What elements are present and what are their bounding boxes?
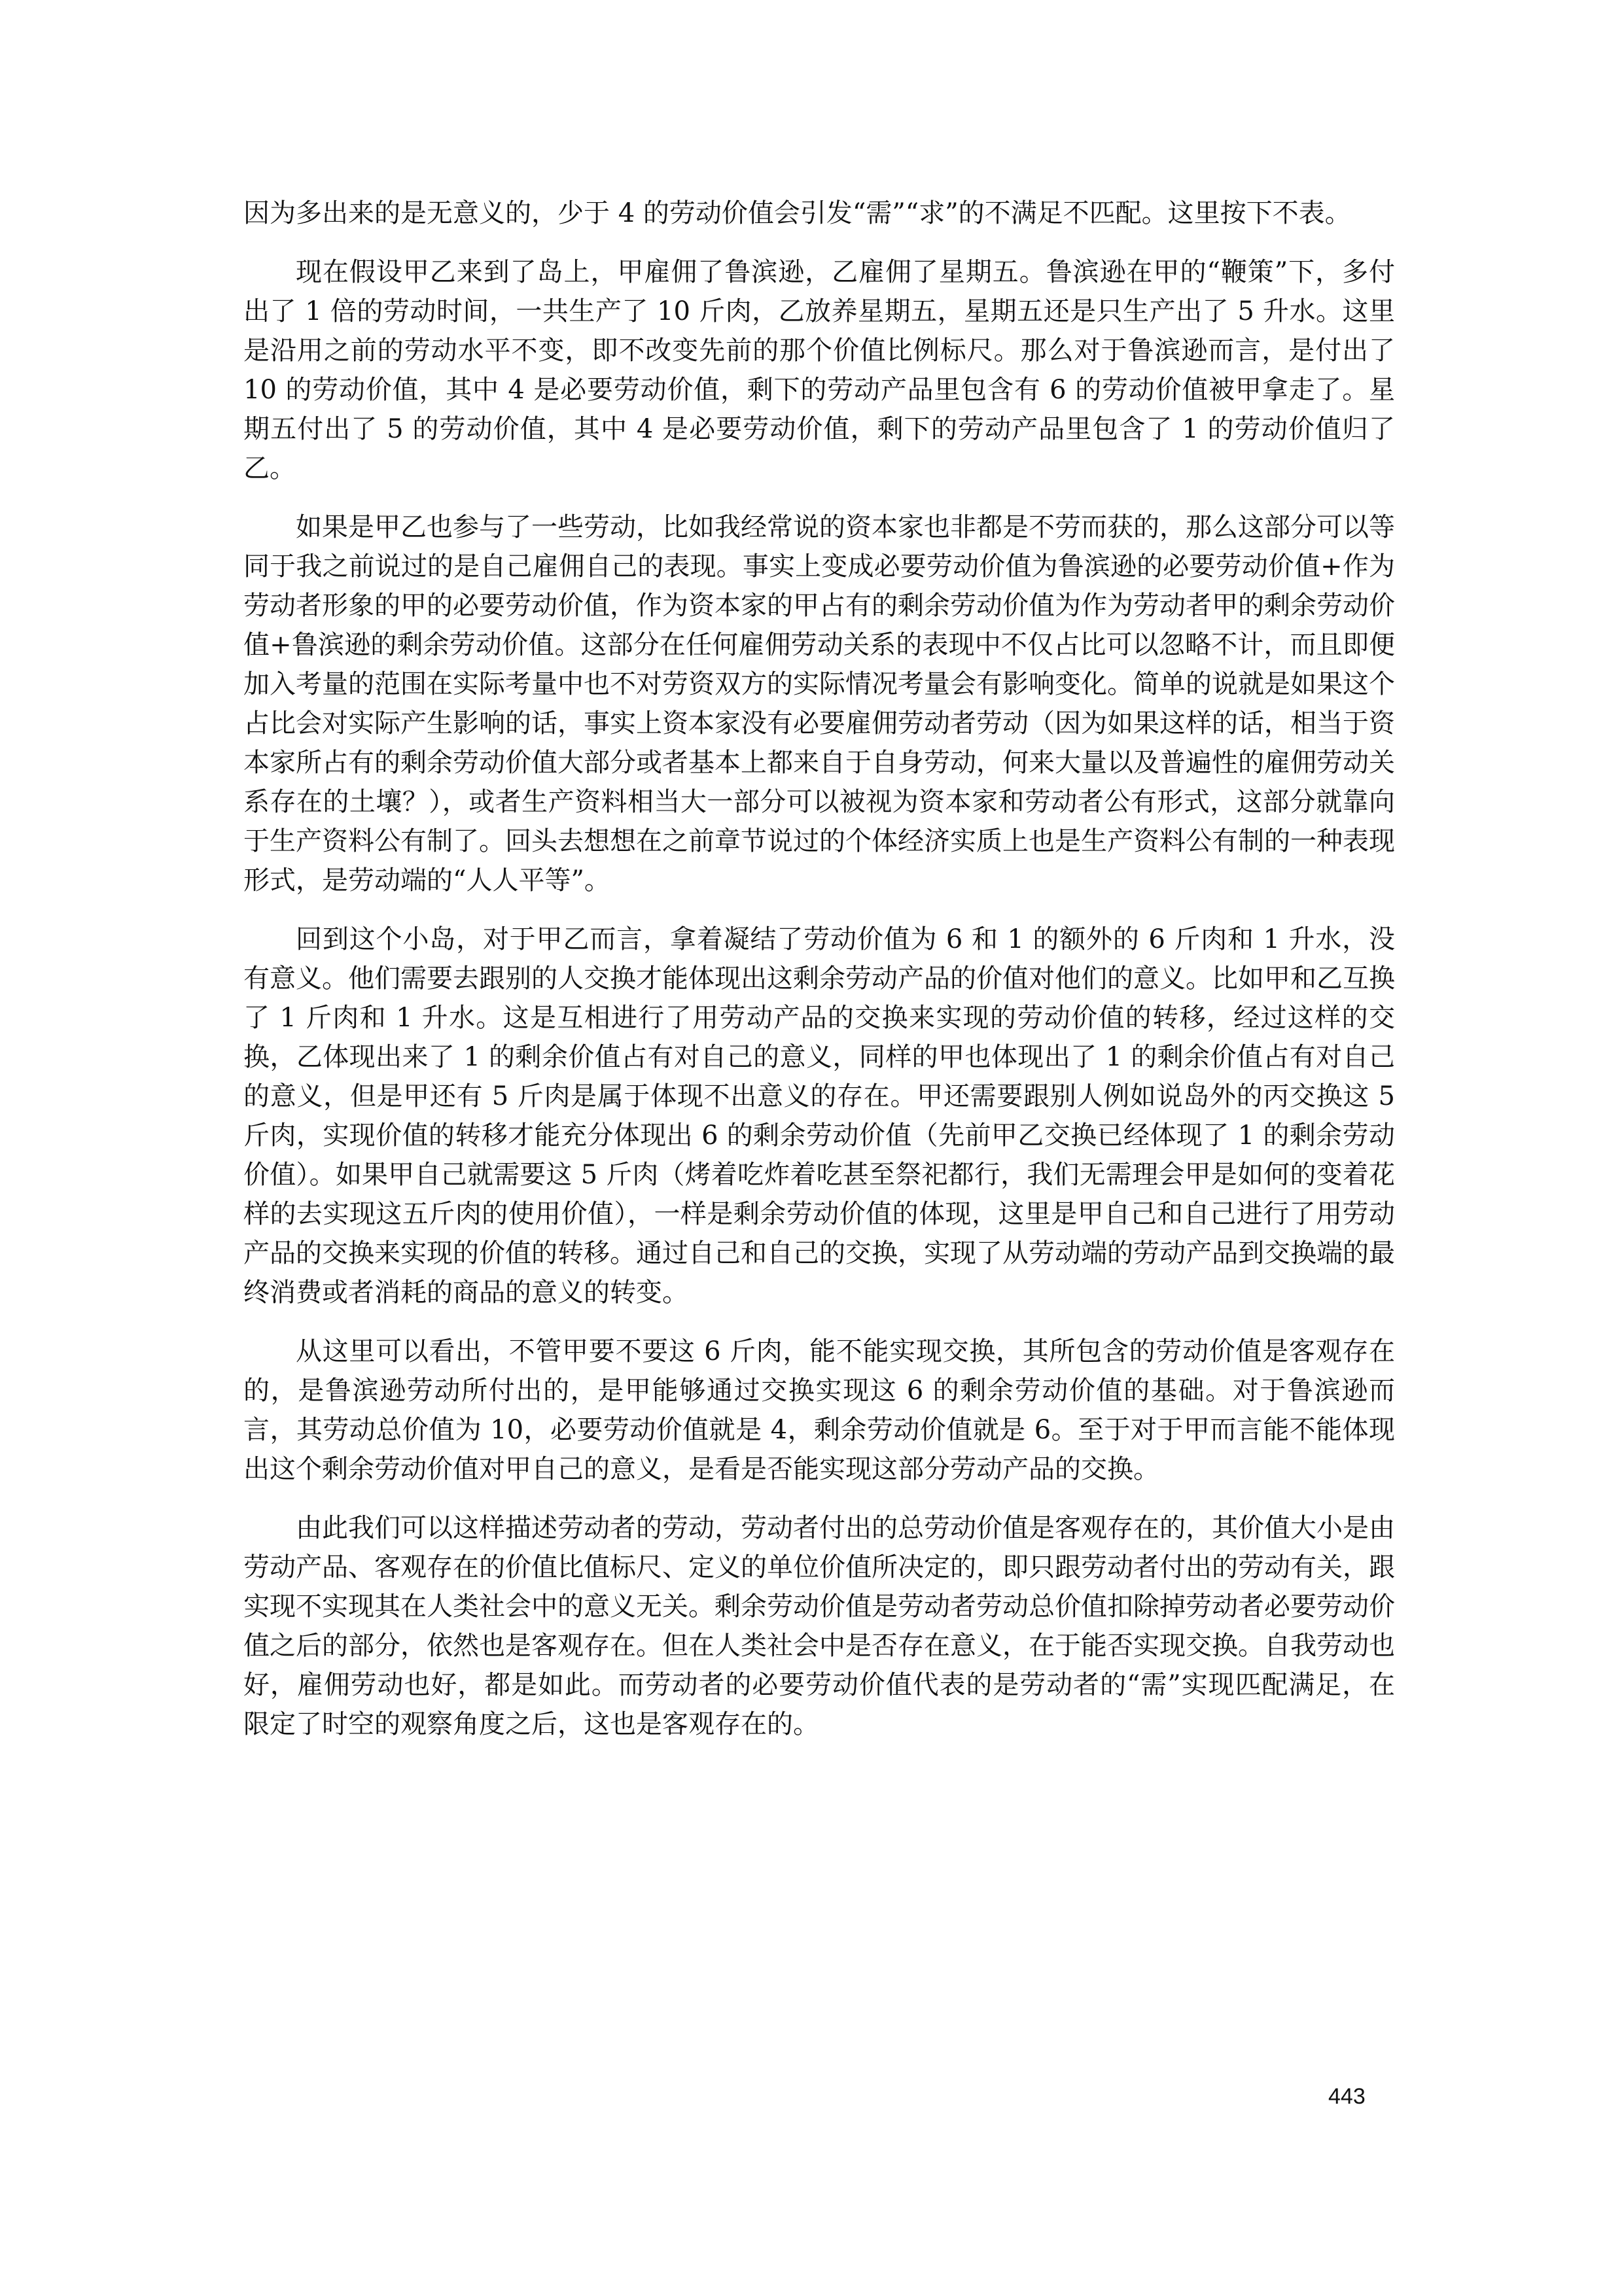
paragraph-capitalist-labor: 如果是甲乙也参与了一些劳动，比如我经常说的资本家也非都是不劳而获的，那么这部分可…: [243, 508, 1395, 900]
page-body: 因为多出来的是无意义的，少于 4 的劳动价值会引发“需”“求”的不满足不匹配。这…: [243, 194, 1395, 1764]
paragraph-objective-value: 从这里可以看出，不管甲要不要这 6 斤肉，能不能实现交换，其所包含的劳动价值是客…: [243, 1332, 1395, 1489]
paragraph-continuation: 因为多出来的是无意义的，少于 4 的劳动价值会引发“需”“求”的不满足不匹配。这…: [243, 194, 1395, 233]
paragraph-conclusion: 由此我们可以这样描述劳动者的劳动，劳动者付出的总劳动价值是客观存在的，其价值大小…: [243, 1508, 1395, 1744]
paragraph-island-exchange: 回到这个小岛，对于甲乙而言，拿着凝结了劳动价值为 6 和 1 的额外的 6 斤肉…: [243, 920, 1395, 1312]
page-number: 443: [1328, 2084, 1366, 2110]
paragraph-robinson-friday: 现在假设甲乙来到了岛上，甲雇佣了鲁滨逊，乙雇佣了星期五。鲁滨逊在甲的“鞭策”下，…: [243, 252, 1395, 488]
